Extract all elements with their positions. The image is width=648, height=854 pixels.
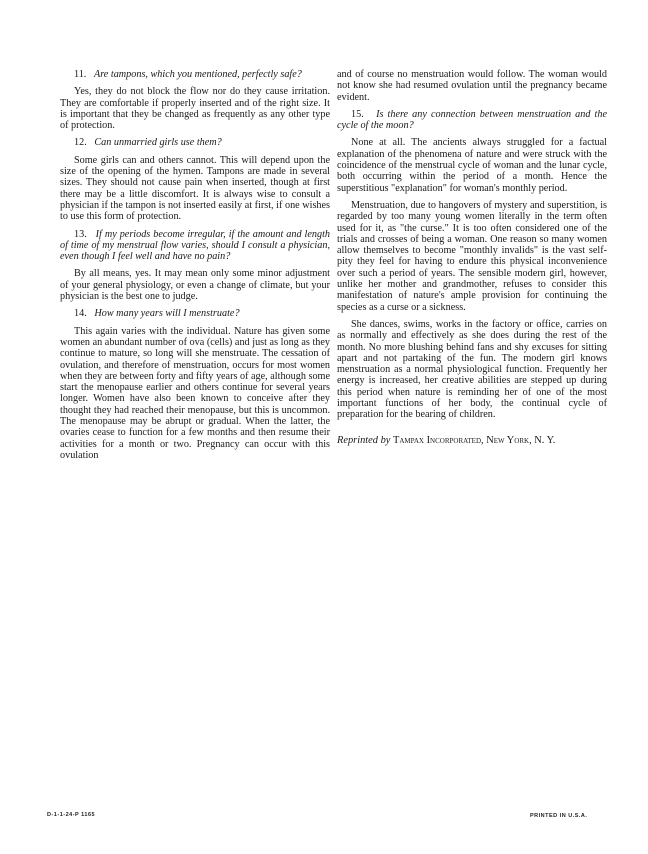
reprint-credit: Reprinted by Tampax Incorporated, New Yo… — [337, 435, 607, 446]
answer-14: This again varies with the individual. N… — [60, 326, 330, 462]
question-14: 14. How many years will I menstruate? — [60, 308, 330, 319]
answer-15-p3: She dances, swims, works in the factory … — [337, 319, 607, 421]
answer-13: By all means, yes. It may mean only some… — [60, 268, 330, 302]
question-12: 12. Can unmarried girls use them? — [60, 137, 330, 148]
answer-14-continuation: and of course no menstruation would foll… — [337, 69, 607, 103]
answer-12: Some girls can and others cannot. This w… — [60, 155, 330, 223]
left-column: 11. Are tampons, which you mentioned, pe… — [60, 69, 330, 467]
right-column: and of course no menstruation would foll… — [337, 69, 607, 446]
answer-15-p2: Menstruation, due to hangovers of myster… — [337, 200, 607, 313]
question-11: 11. Are tampons, which you mentioned, pe… — [60, 69, 330, 80]
question-13: 13. If my periods become irregular, if t… — [60, 229, 330, 263]
question-15: 15. Is there any connection between mens… — [337, 109, 607, 132]
answer-11: Yes, they do not block the flow nor do t… — [60, 86, 330, 131]
form-code: D-1-1-24-P 1165 — [47, 812, 95, 818]
printed-in-usa: PRINTED IN U.S.A. — [530, 813, 587, 819]
answer-15-p1: None at all. The ancients always struggl… — [337, 137, 607, 193]
